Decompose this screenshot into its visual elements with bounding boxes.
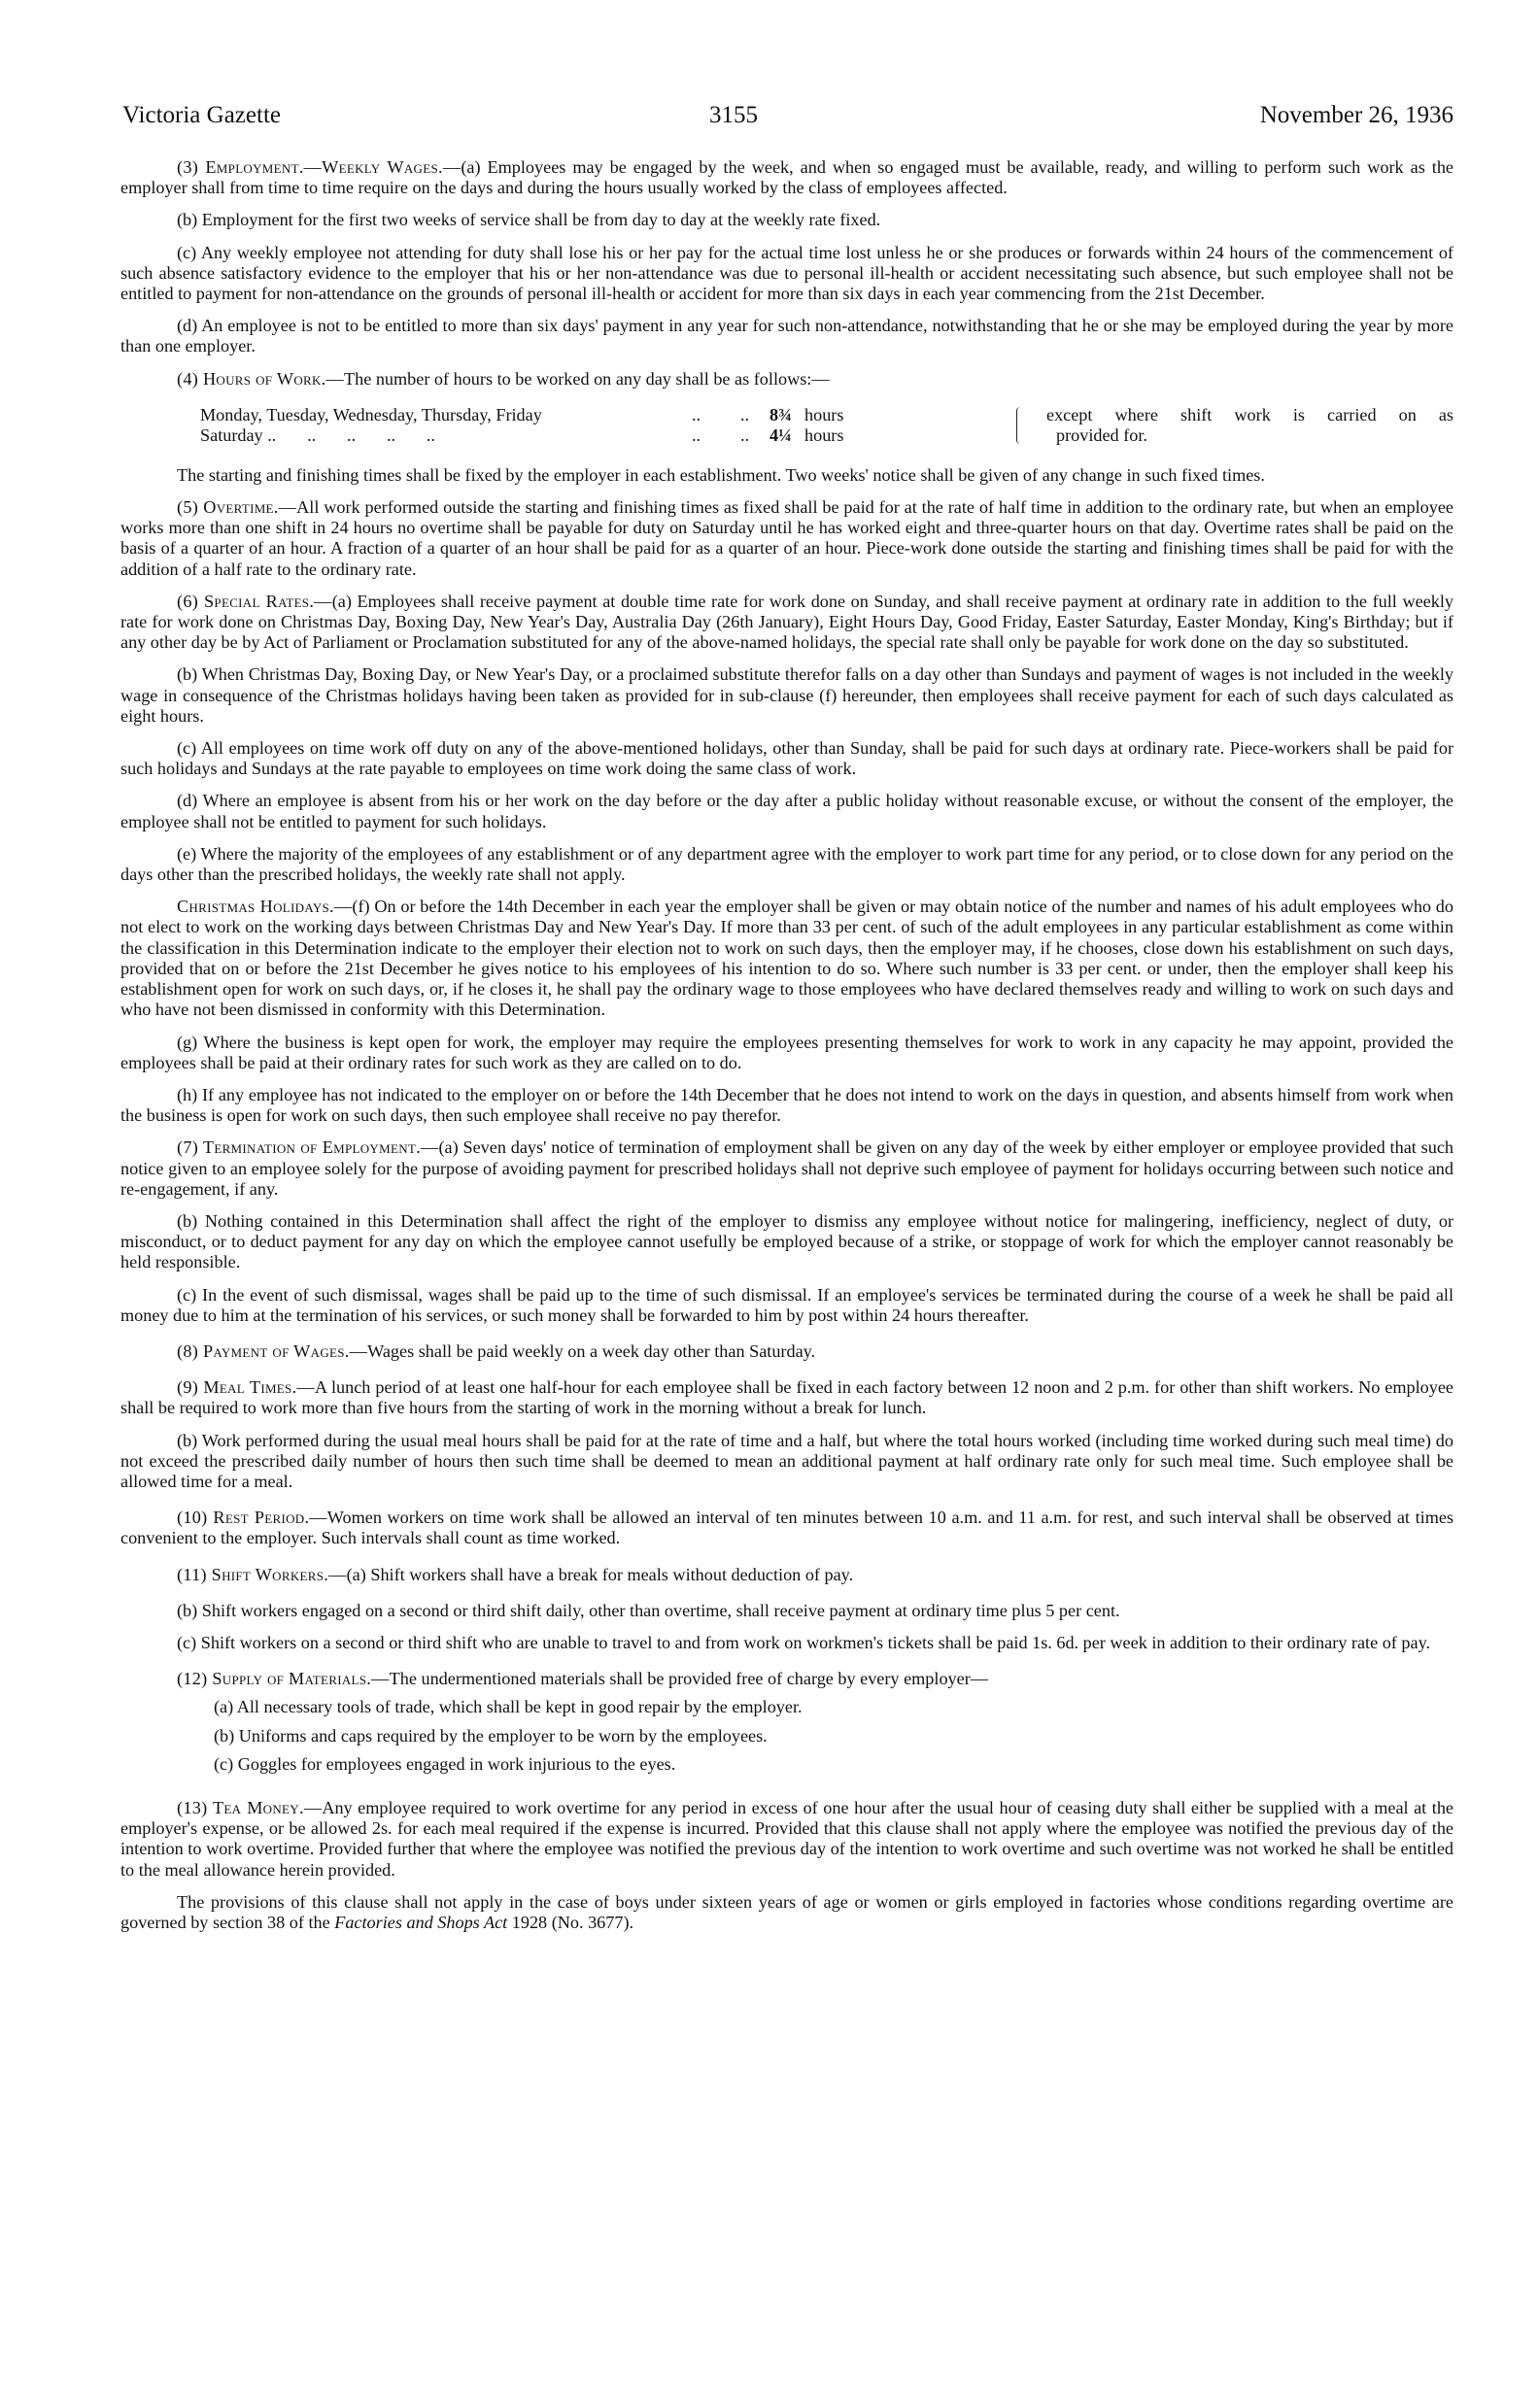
hours-schedule: Monday, Tuesday, Wednesday, Thursday, Fr… bbox=[120, 405, 1453, 448]
act-title: Factories and Shops Act bbox=[334, 1913, 507, 1932]
gazette-page: Victoria Gazette 3155 November 26, 1936 … bbox=[120, 101, 1453, 1945]
clause-8: (8) Payment of Wages.—Wages shall be pai… bbox=[120, 1341, 1453, 1362]
clause-11a: (11) Shift Workers.—(a) Shift workers sh… bbox=[120, 1565, 1453, 1585]
clause-6b: (b) When Christmas Day, Boxing Day, or N… bbox=[120, 664, 1453, 727]
clause-13: (13) Tea Money.—Any employee required to… bbox=[120, 1798, 1453, 1881]
hours-row-weekdays: Monday, Tuesday, Wednesday, Thursday, Fr… bbox=[200, 405, 843, 425]
clause-6a: (6) Special Rates.—(a) Employees shall r… bbox=[120, 592, 1453, 654]
clause-heading: Christmas Holidays.— bbox=[177, 897, 352, 916]
clause-heading: (4) Hours of Work.— bbox=[177, 369, 344, 389]
clause-4: (4) Hours of Work.—The number of hours t… bbox=[120, 369, 1453, 390]
publication-date: November 26, 1936 bbox=[1260, 101, 1453, 130]
clause-13-proviso: The provisions of this clause shall not … bbox=[120, 1892, 1453, 1933]
clause-heading: (8) Payment of Wages.— bbox=[177, 1341, 367, 1361]
clause-3b: (b) Employment for the first two weeks o… bbox=[120, 210, 1453, 230]
clause-10: (10) Rest Period.—Women workers on time … bbox=[120, 1508, 1453, 1548]
clause-11c: (c) Shift workers on a second or third s… bbox=[120, 1633, 1453, 1653]
clause-heading: (12) Supply of Materials.— bbox=[177, 1669, 390, 1688]
clause-heading: (10) Rest Period.— bbox=[177, 1508, 327, 1527]
clause-12: (12) Supply of Materials.—The undermenti… bbox=[120, 1669, 1453, 1689]
clause-heading: (7) Termination of Employment.— bbox=[177, 1137, 438, 1157]
clause-heading: (6) Special Rates.— bbox=[177, 592, 332, 611]
clause-heading: (3) Employment.—Weekly Wages.— bbox=[177, 157, 461, 177]
clause-4-times: The starting and finishing times shall b… bbox=[120, 465, 1453, 486]
clause-11b: (b) Shift workers engaged on a second or… bbox=[120, 1601, 1453, 1621]
clause-6f: Christmas Holidays.—(f) On or before the… bbox=[120, 897, 1453, 1020]
clause-6c: (c) All employees on time work off duty … bbox=[120, 738, 1453, 779]
page-number: 3155 bbox=[709, 101, 758, 130]
clause-7c: (c) In the event of such dismissal, wage… bbox=[120, 1285, 1453, 1326]
publication-name: Victoria Gazette bbox=[122, 101, 281, 130]
hours-note: except where shift work is carried on as… bbox=[1029, 405, 1453, 446]
clause-heading: (13) Tea Money.— bbox=[177, 1798, 322, 1817]
clause-3d: (d) An employee is not to be entitled to… bbox=[120, 316, 1453, 356]
clause-12a: (a) All necessary tools of trade, which … bbox=[214, 1697, 1453, 1717]
hours-row-saturday: Saturday .. .. .. .. ......4¼hours bbox=[200, 425, 843, 446]
clause-12b: (b) Uniforms and caps required by the em… bbox=[214, 1726, 1453, 1747]
clause-heading: (11) Shift Workers.— bbox=[177, 1565, 347, 1584]
clause-6e: (e) Where the majority of the employees … bbox=[120, 844, 1453, 885]
clause-5: (5) Overtime.—All work performed outside… bbox=[120, 497, 1453, 580]
determination-body: (3) Employment.—Weekly Wages.—(a) Employ… bbox=[120, 157, 1453, 1933]
clause-heading: (9) Meal Times.— bbox=[177, 1377, 315, 1397]
page-header: Victoria Gazette 3155 November 26, 1936 bbox=[120, 101, 1453, 130]
clause-9b: (b) Work performed during the usual meal… bbox=[120, 1431, 1453, 1493]
clause-12c: (c) Goggles for employees engaged in wor… bbox=[214, 1754, 1453, 1775]
clause-6d: (d) Where an employee is absent from his… bbox=[120, 791, 1453, 831]
clause-3c: (c) Any weekly employee not attending fo… bbox=[120, 243, 1453, 305]
clause-6g: (g) Where the business is kept open for … bbox=[120, 1033, 1453, 1073]
brace-icon bbox=[1016, 407, 1025, 444]
clause-heading: (5) Overtime.— bbox=[177, 497, 296, 517]
clause-7b: (b) Nothing contained in this Determinat… bbox=[120, 1211, 1453, 1273]
clause-3a: (3) Employment.—Weekly Wages.—(a) Employ… bbox=[120, 157, 1453, 198]
clause-6h: (h) If any employee has not indicated to… bbox=[120, 1085, 1453, 1126]
clause-7a: (7) Termination of Employment.—(a) Seven… bbox=[120, 1137, 1453, 1200]
clause-9a: (9) Meal Times.—A lunch period of at lea… bbox=[120, 1377, 1453, 1418]
